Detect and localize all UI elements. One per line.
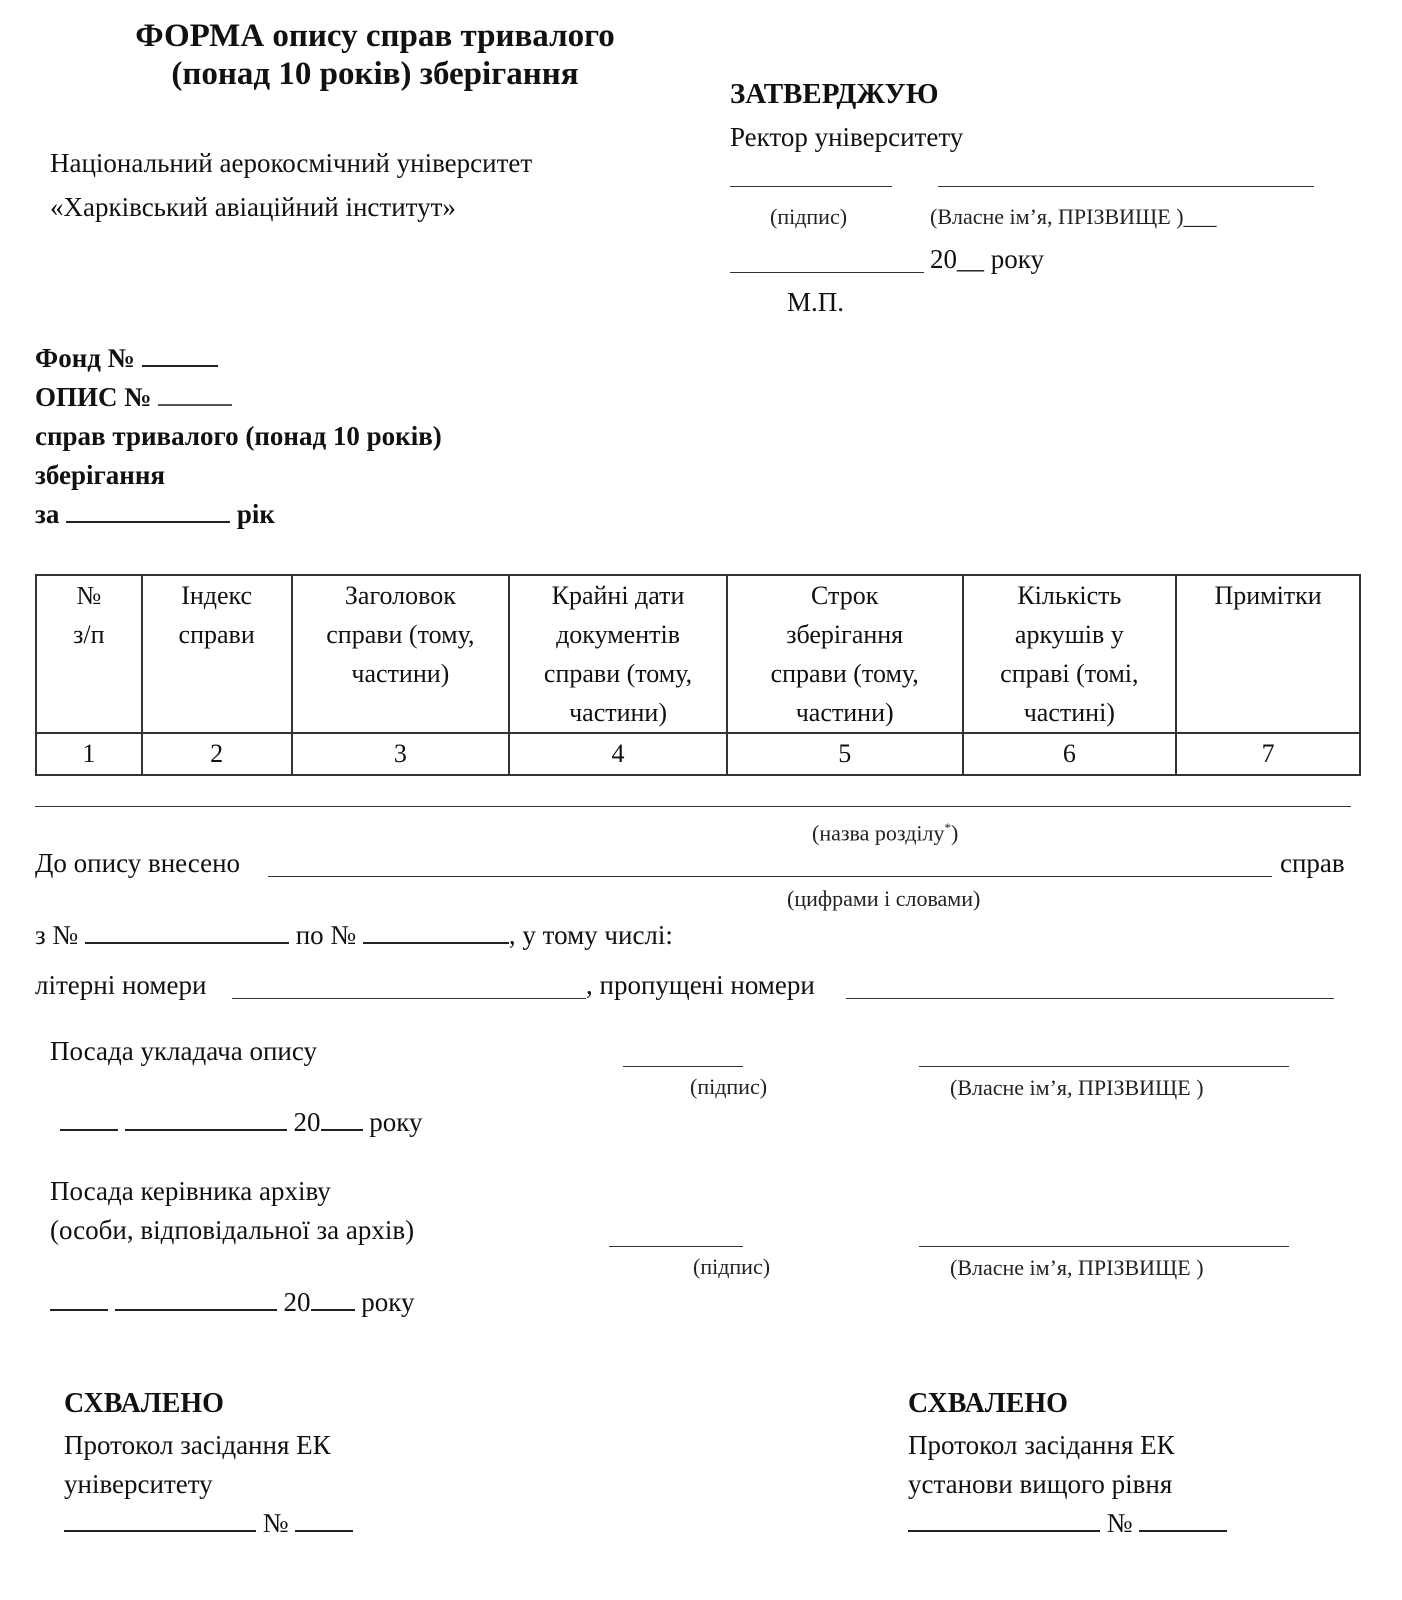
col-number-3: 3 bbox=[292, 733, 510, 775]
compiler-year-suffix: року bbox=[369, 1107, 422, 1137]
approved-right-line-1: Протокол засідання ЕК bbox=[908, 1428, 1175, 1462]
included-count-line[interactable] bbox=[268, 876, 1272, 877]
included-suffix: справ bbox=[1280, 846, 1345, 880]
section-name-caption: (назва розділу*) bbox=[812, 814, 958, 847]
inventory-number-field[interactable] bbox=[158, 382, 232, 406]
document-title: ФОРМА опису справ тривалого (понад 10 ро… bbox=[80, 16, 670, 94]
missing-numbers-label: , пропущені номери bbox=[586, 968, 815, 1002]
col-number-7: 7 bbox=[1176, 733, 1360, 775]
compiler-signature-caption: (підпис) bbox=[690, 1073, 767, 1101]
missing-numbers-line[interactable] bbox=[846, 998, 1334, 999]
from-number-field[interactable] bbox=[85, 920, 289, 944]
from-label: з № bbox=[35, 920, 78, 950]
approved-right-protocol-row: № bbox=[908, 1506, 1227, 1540]
approved-right-number-label: № bbox=[1107, 1508, 1133, 1538]
archive-head-signature-line[interactable] bbox=[609, 1246, 743, 1247]
year-prefix: за bbox=[35, 499, 59, 529]
title-line-1: ФОРМА опису справ тривалого bbox=[80, 16, 670, 56]
col-number-4: 4 bbox=[509, 733, 727, 775]
fund-number-label: Фонд № bbox=[35, 341, 218, 375]
section-name-line[interactable] bbox=[35, 806, 1351, 807]
rector-signature-caption: (підпис) bbox=[770, 203, 847, 231]
archive-head-year-suffix: року bbox=[361, 1287, 414, 1317]
archive-head-day-field[interactable] bbox=[50, 1287, 108, 1311]
title-line-2: (понад 10 років) зберігання bbox=[80, 54, 670, 94]
fund-year-row: за рік bbox=[35, 497, 275, 531]
archive-head-signature-caption: (підпис) bbox=[693, 1253, 770, 1281]
approved-left-date-field[interactable] bbox=[64, 1508, 256, 1532]
letter-numbers-line[interactable] bbox=[232, 998, 586, 999]
archive-head-year-field[interactable] bbox=[311, 1287, 355, 1311]
inventory-number-label: ОПИС № bbox=[35, 380, 232, 414]
approval-position: Ректор університету bbox=[730, 120, 963, 154]
to-label: по № bbox=[296, 920, 356, 950]
col-header-dates: Крайні дати документів справи (тому, час… bbox=[509, 575, 727, 733]
range-row: з № по № , у тому числі: bbox=[35, 918, 673, 952]
fund-number-field[interactable] bbox=[142, 343, 218, 367]
approved-left-number-label: № bbox=[263, 1508, 289, 1538]
inventory-label: ОПИС № bbox=[35, 382, 151, 412]
col-number-1: 1 bbox=[36, 733, 142, 775]
col-number-2: 2 bbox=[142, 733, 292, 775]
approval-date-year: 20__ року bbox=[930, 242, 1044, 276]
table-header-row: № з/п Індекс справи Заголовок справи (то… bbox=[36, 575, 1360, 733]
archive-head-name-caption: (Власне ім’я, ПРІЗВИЩЕ ) bbox=[950, 1254, 1204, 1282]
compiler-signature-line[interactable] bbox=[623, 1066, 743, 1067]
archive-head-year-prefix: 20 bbox=[284, 1287, 311, 1317]
compiler-month-field[interactable] bbox=[125, 1107, 287, 1131]
to-number-field[interactable] bbox=[363, 920, 509, 944]
approved-left-line-2: університету bbox=[64, 1467, 213, 1501]
fund-description-line-1: справ тривалого (понад 10 років) bbox=[35, 419, 442, 453]
approved-left-number-field[interactable] bbox=[295, 1508, 353, 1532]
approved-right-heading: СХВАЛЕНО bbox=[908, 1387, 1068, 1421]
rector-signature-line[interactable] bbox=[730, 186, 892, 187]
col-number-5: 5 bbox=[727, 733, 963, 775]
including-label: , у тому числі: bbox=[509, 920, 673, 950]
fund-description-line-2: зберігання bbox=[35, 458, 165, 492]
institution-name-line-2: «Харківський авіаційний інститут» bbox=[50, 190, 456, 224]
archive-head-position-line-2: (особи, відповідальної за архів) bbox=[50, 1213, 414, 1247]
archive-head-name-line[interactable] bbox=[919, 1246, 1289, 1247]
year-field[interactable] bbox=[66, 499, 230, 523]
compiler-name-caption: (Власне ім’я, ПРІЗВИЩЕ ) bbox=[950, 1074, 1204, 1102]
approved-right-line-2: установи вищого рівня bbox=[908, 1467, 1172, 1501]
approved-right-number-field[interactable] bbox=[1139, 1508, 1227, 1532]
rector-name-caption: (Власне ім’я, ПРІЗВИЩЕ )___ bbox=[930, 203, 1217, 231]
col-header-number: № з/п bbox=[36, 575, 142, 733]
seal-placeholder: М.П. bbox=[787, 285, 844, 319]
compiler-year-field[interactable] bbox=[321, 1107, 363, 1131]
year-suffix: рік bbox=[237, 499, 275, 529]
archive-head-date-row: 20 року bbox=[50, 1285, 415, 1319]
approval-heading: ЗАТВЕРДЖУЮ bbox=[730, 77, 939, 111]
approval-date-line[interactable] bbox=[730, 272, 924, 273]
approved-left-line-1: Протокол засідання ЕК bbox=[64, 1428, 331, 1462]
col-header-notes: Примітки bbox=[1176, 575, 1360, 733]
compiler-date-row: 20 року bbox=[60, 1105, 423, 1139]
approved-right-date-field[interactable] bbox=[908, 1508, 1100, 1532]
rector-name-line[interactable] bbox=[938, 186, 1314, 187]
archive-head-month-field[interactable] bbox=[115, 1287, 277, 1311]
compiler-day-field[interactable] bbox=[60, 1107, 118, 1131]
compiler-name-line[interactable] bbox=[919, 1066, 1289, 1067]
col-header-title: Заголовок справи (тому, частини) bbox=[292, 575, 510, 733]
table-number-row: 1 2 3 4 5 6 7 bbox=[36, 733, 1360, 775]
compiler-position: Посада укладача опису bbox=[50, 1034, 317, 1068]
letter-numbers-label: літерні номери bbox=[35, 968, 206, 1002]
approved-left-heading: СХВАЛЕНО bbox=[64, 1387, 224, 1421]
col-header-retention: Строк зберігання справи (тому, частини) bbox=[727, 575, 963, 733]
included-caption: (цифрами і словами) bbox=[787, 885, 980, 913]
institution-name-line-1: Національний аерокосмічний університет bbox=[50, 146, 532, 180]
archive-head-position-line-1: Посада керівника архіву bbox=[50, 1174, 331, 1208]
approved-left-protocol-row: № bbox=[64, 1506, 353, 1540]
col-header-index: Індекс справи bbox=[142, 575, 292, 733]
compiler-year-prefix: 20 bbox=[294, 1107, 321, 1137]
col-number-6: 6 bbox=[963, 733, 1177, 775]
inventory-table: № з/п Індекс справи Заголовок справи (то… bbox=[35, 574, 1361, 776]
included-prefix: До опису внесено bbox=[35, 846, 240, 880]
col-header-sheets: Кількість аркушів у справі (томі, частин… bbox=[963, 575, 1177, 733]
fund-label: Фонд № bbox=[35, 343, 135, 373]
